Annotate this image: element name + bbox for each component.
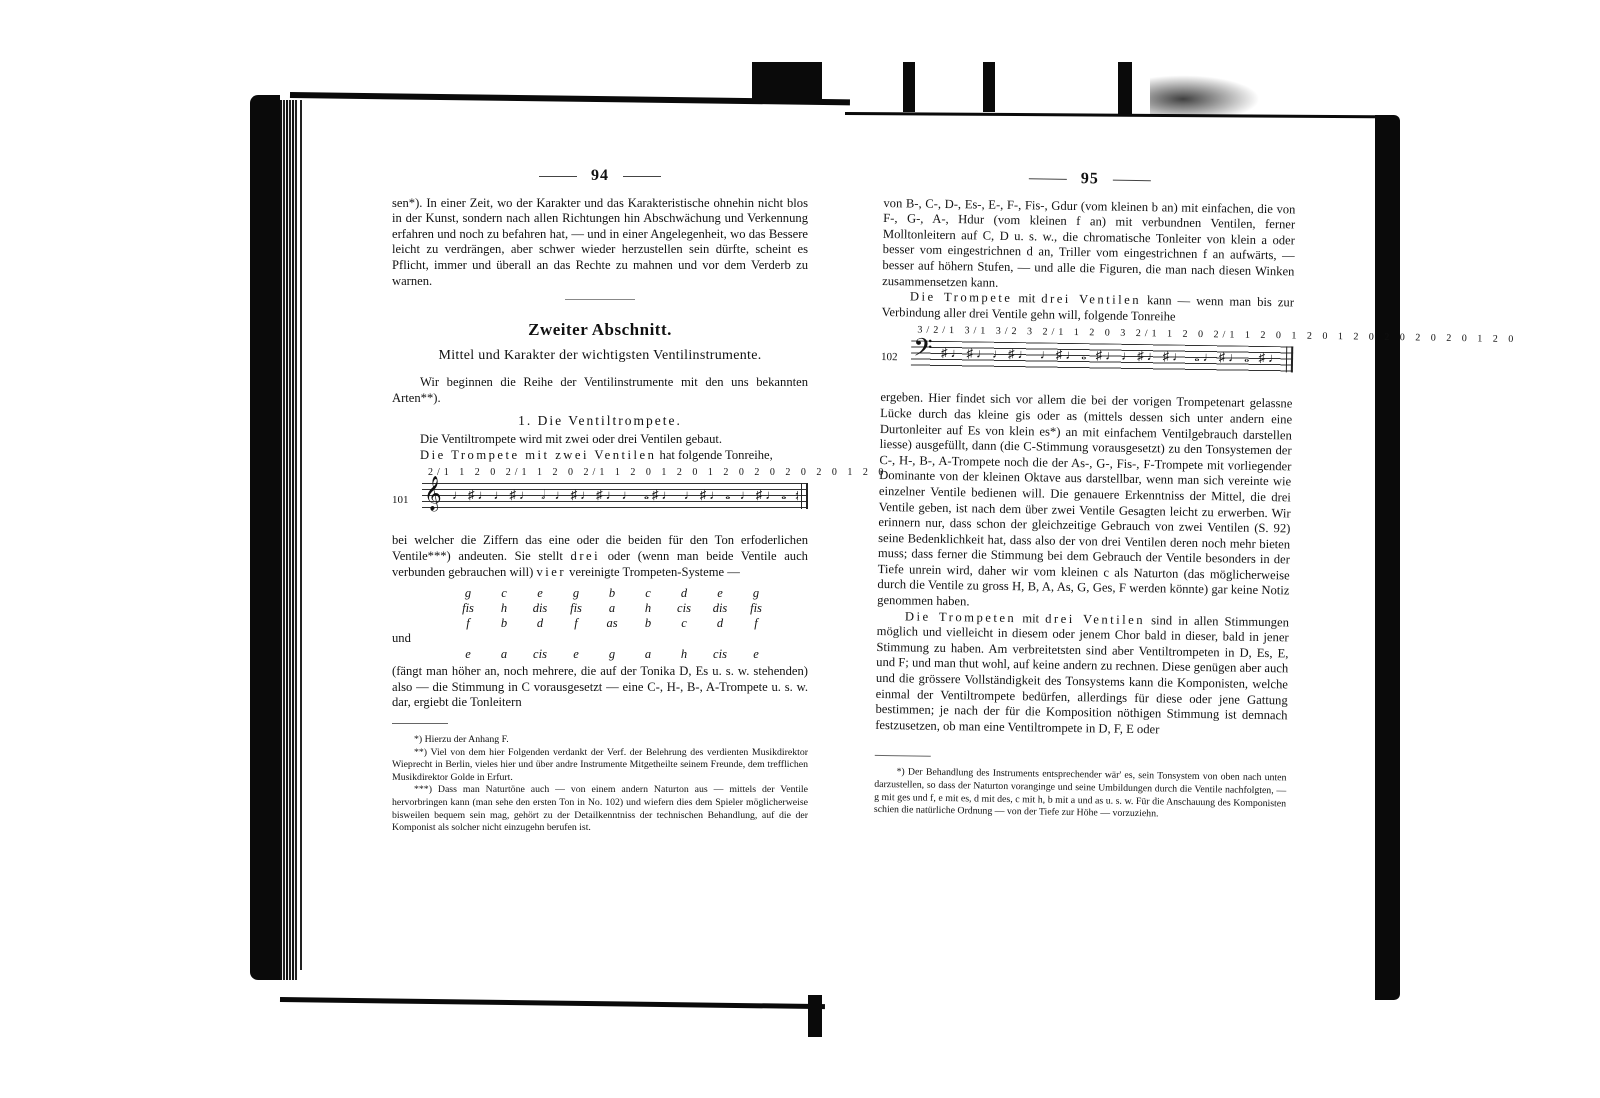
final-barline [801,483,808,509]
tone: fis [450,601,486,616]
scan-clamp-4 [1118,62,1132,114]
tone: h [666,647,702,663]
page-edges-left [280,100,298,980]
text-run: vereinigte Trompeten-Systeme — [566,565,740,579]
tone: cis [702,647,738,663]
text-run: mit [1012,291,1041,305]
spaced-emphasis: drei [571,549,601,563]
tone: g [594,647,630,663]
footnote-divider [875,755,931,757]
tone: h [630,601,666,616]
paragraph-2: Die Trompete mit drei Ventilen kann — we… [882,289,1294,327]
music-example-102: 102 3/2/1 3/1 3/2 3 2/1 1 2 0 3 2/1 1 2 … [881,322,1294,390]
paragraph-4: (fängt man höher an, noch mehrere, die a… [392,664,808,711]
folio-text: 94 [591,167,609,184]
book-bottom-edge [280,997,825,1009]
footnote: **) Viel von dem hier Folgenden verdankt… [392,747,808,785]
tone-row: fishdisfisahcisdisfis [450,601,808,616]
footnotes-left: *) Hierzu der Anhang F. **) Viel von dem… [392,734,808,835]
tone: b [594,586,630,601]
tone-systems-table: gcegbcdeg fishdisfisahcisdisfis fbdfasbc… [450,586,808,631]
tone: c [630,586,666,601]
book-cover-right [1375,115,1400,1000]
tone: fis [738,601,774,616]
spaced-emphasis: drei Ventilen [1045,611,1145,627]
spaced-emphasis: vier [536,565,566,579]
tone: e [702,586,738,601]
right-page: 95 von B-, C-, D-, Es-, E-, F-, Fis-, Gd… [874,168,1296,823]
footnote: *) Hierzu der Anhang F. [392,734,808,747]
tone: d [522,616,558,631]
music-notes: ♯♩♯♩♩♯♩ ♩♯♩𝅝 ♯♩♩♯♩♯♩ 𝅝♩♯♩𝅝 ♯♩♩♯♩𝅝 ♯♩𝅝♯♩𝅝… [941,345,1283,380]
page-number-left: 94 [392,168,808,184]
tone: c [486,586,522,601]
paragraph-2-rest: hat folgende Tonreihe, [656,448,772,462]
paragraph-4: Die Trompeten mit drei Ventilen sind in … [875,609,1289,740]
spaced-emphasis: Die Trompeten [905,609,1017,625]
tone: dis [522,601,558,616]
music-example-101: 101 2/1 1 2 0 2/1 1 2 0 2/1 1 2 0 1 2 0 … [392,465,808,527]
page-number-right: 95 [884,168,1296,190]
tone: g [738,586,774,601]
tone: as [594,616,630,631]
valve-fingering: 2/1 1 2 0 2/1 1 2 0 2/1 1 2 0 1 2 0 1 2 … [428,465,887,481]
divider [565,299,635,300]
section-title: Zweiter Abschnitt. [392,322,808,338]
tone: f [450,616,486,631]
intro-paragraph: Wir beginnen die Reihe der Ventilinstrum… [392,375,808,406]
book-cover-left [250,95,280,980]
paragraph-1: Die Ventiltrompete wird mit zwei oder dr… [392,432,808,448]
footnotes-right: *) Der Behandlung des Instruments entspr… [874,766,1287,823]
paragraph-3: bei welcher die Ziffern das eine oder di… [392,533,808,580]
tone: a [594,601,630,616]
spaced-emphasis: drei Ventilen [1041,292,1141,308]
final-barline [1286,347,1293,373]
example-number: 102 [881,350,898,366]
tone: h [486,601,522,616]
tone: b [630,616,666,631]
tone: d [702,616,738,631]
tone: e [738,647,774,663]
music-notes: ♩♯♩♩♯♩ 𝅗𝅥 ♩♯♩♯♩♩ 𝅝♯♩ ♩♯♩𝅝 ♩♯♩𝅝 ♯♩𝅝♯♩ 𝅝♯♩… [452,487,798,517]
footnote-divider [392,723,448,724]
scan-clamp-1 [752,62,822,100]
tone-row: gcegbcdeg [450,586,808,601]
tone: g [558,586,594,601]
folio-text: 95 [1081,170,1099,187]
tone: f [558,616,594,631]
item-heading: 1. Die Ventiltrompete. [392,413,808,429]
und-label: und [392,631,808,647]
section-subtitle: Mittel und Karakter der wichtigsten Vent… [392,348,808,364]
tone: a [630,647,666,663]
treble-clef-icon: 𝄞 [424,479,442,509]
gutter-clip [808,995,822,1037]
footnote: *) Der Behandlung des Instruments entspr… [874,766,1287,823]
tone: d [666,586,702,601]
paragraph-3: ergeben. Hier findet sich vor allem die … [877,390,1292,615]
tone: e [450,647,486,663]
tone: fis [558,601,594,616]
book-top-edge-right [845,112,1375,118]
tone: dis [702,601,738,616]
spaced-emphasis: Die Trompete mit zwei Ventilen [420,448,656,462]
paragraph-1: von B-, C-, D-, Es-, E-, F-, Fis-, Gdur … [882,196,1295,296]
tone: cis [522,647,558,663]
spaced-emphasis: Die Trompete [910,290,1013,306]
tone: g [450,586,486,601]
continuation-paragraph: sen*). In einer Zeit, wo der Karakter un… [392,196,808,290]
example-number: 101 [392,493,409,509]
scan-clamp-3 [983,62,995,112]
paragraph-2: Die Trompete mit zwei Ventilen hat folge… [392,448,808,464]
bass-clef-icon: 𝄢 [913,337,933,367]
tone: cis [666,601,702,616]
leaf-edge-line [300,100,302,970]
scan-clamp-2 [903,62,915,112]
tone: e [522,586,558,601]
scan-smudge [1150,75,1260,115]
tone-row: fbdfasbcdf [450,616,808,631]
tone: b [486,616,522,631]
tone: e [558,647,594,663]
tone: a [486,647,522,663]
tone: c [666,616,702,631]
text-run: sind in allen Stimmungen möglich und vie… [875,613,1289,736]
tone-row-last: eacisegahcise [450,647,808,663]
left-page: 94 sen*). In einer Zeit, wo der Karakter… [392,168,808,835]
text-run: mit [1016,611,1045,625]
tone: f [738,616,774,631]
footnote: ***) Dass man Naturtöne auch — von einem… [392,784,808,834]
